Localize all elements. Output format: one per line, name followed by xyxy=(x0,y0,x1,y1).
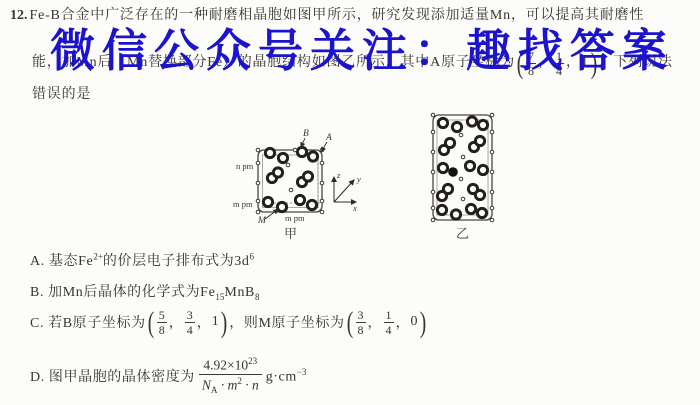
fraction: 38 xyxy=(356,309,366,336)
option-c-text: C. 若B原子坐标为 xyxy=(30,312,146,332)
density-unit: g·cm−3 xyxy=(266,367,307,386)
option-c-text: ，则M原子坐标为 xyxy=(229,312,344,332)
density-fraction: 4.92×1023NA · m2 · n xyxy=(199,356,262,396)
manganese-atom xyxy=(448,167,458,177)
comma: ， xyxy=(368,312,382,332)
coord-z: 1 xyxy=(212,314,220,330)
dim-n-pm: n pm xyxy=(236,161,254,171)
exam-page: 12.Fe-B合金中广泛存在的一种耐磨相晶胞如图甲所示，研究发现添加适量Mn，可… xyxy=(0,0,700,405)
option-a-text: 的价层电子排布式为3d xyxy=(103,254,250,269)
fraction-numerator: 5 xyxy=(157,309,167,322)
axis-z-label: z xyxy=(336,170,341,180)
unit-cell-jia: B A M n pm m pm m pm 甲 xyxy=(233,129,332,241)
option-b-text: MnB xyxy=(224,285,255,300)
fraction-denominator: 4 xyxy=(185,322,195,336)
caption-yi: 乙 xyxy=(456,226,469,241)
option-d-text: D. 图甲晶胞的晶体密度为 xyxy=(30,366,195,386)
fraction-denominator: 8 xyxy=(356,322,366,336)
fraction: 14 xyxy=(384,309,394,336)
option-b-text: B. 加Mn后晶体的化学式为Fe xyxy=(30,285,215,300)
superscript: 23 xyxy=(248,356,257,366)
dim-m-pm-left: m pm xyxy=(233,199,253,209)
superscript: 6 xyxy=(250,251,255,261)
unit-cell-yi: 乙 xyxy=(431,113,494,241)
label-B-atom: B xyxy=(303,129,309,139)
comma: ， xyxy=(197,312,211,332)
fraction-numerator: 3 xyxy=(185,309,195,322)
watermark-text: 微信公众号关注：趣找答案 xyxy=(50,14,674,79)
boron-atoms-yi xyxy=(437,117,487,219)
density-denominator: NA · m2 · n xyxy=(199,374,262,396)
paren-open: ( xyxy=(346,309,353,336)
paren-close: ) xyxy=(420,309,427,336)
option-a: A. 基态Fe2+的价层电子排布式为3d6 xyxy=(30,250,254,270)
fraction-denominator: 4 xyxy=(384,322,394,336)
fraction-numerator: 1 xyxy=(384,309,394,322)
comma: ， xyxy=(169,312,183,332)
boron-atoms-jia xyxy=(263,147,317,211)
subscript: 8 xyxy=(255,292,260,302)
crystal-structure-figures: B A M n pm m pm m pm 甲 z y x xyxy=(225,108,545,253)
axis-x-label: x xyxy=(352,203,357,213)
question-line-3: 错误的是 xyxy=(32,86,91,104)
paren-open: ( xyxy=(147,309,154,336)
option-d: D. 图甲晶胞的晶体密度为4.92×1023NA · m2 · n g·cm−3 xyxy=(30,355,306,397)
coord-z: 0 xyxy=(411,314,419,330)
fraction-numerator: 3 xyxy=(356,309,366,322)
axis-y-label: y xyxy=(356,174,361,184)
caption-jia: 甲 xyxy=(284,226,297,241)
question-number: 12. xyxy=(10,8,28,23)
superscript: −3 xyxy=(297,367,307,377)
superscript: 2+ xyxy=(93,251,103,261)
fraction: 58 xyxy=(157,309,167,336)
option-c: C. 若B原子坐标为(58，34，1)，则M原子坐标为(38，14，0) xyxy=(30,304,428,340)
dim-m-pm-bottom: m pm xyxy=(285,213,305,223)
option-b: B. 加Mn后晶体的化学式为Fe15MnB8 xyxy=(30,281,259,302)
fraction: 34 xyxy=(185,309,195,336)
xyz-axis-icon: z y x xyxy=(334,170,361,213)
density-numerator: 4.92×1023 xyxy=(200,356,260,374)
option-a-text: A. 基态Fe xyxy=(30,254,93,269)
fraction-denominator: 8 xyxy=(157,322,167,336)
label-M-atom: M xyxy=(257,216,267,226)
paren-close: ) xyxy=(221,309,228,336)
comma: ， xyxy=(396,312,410,332)
label-A-atom: A xyxy=(325,133,332,143)
